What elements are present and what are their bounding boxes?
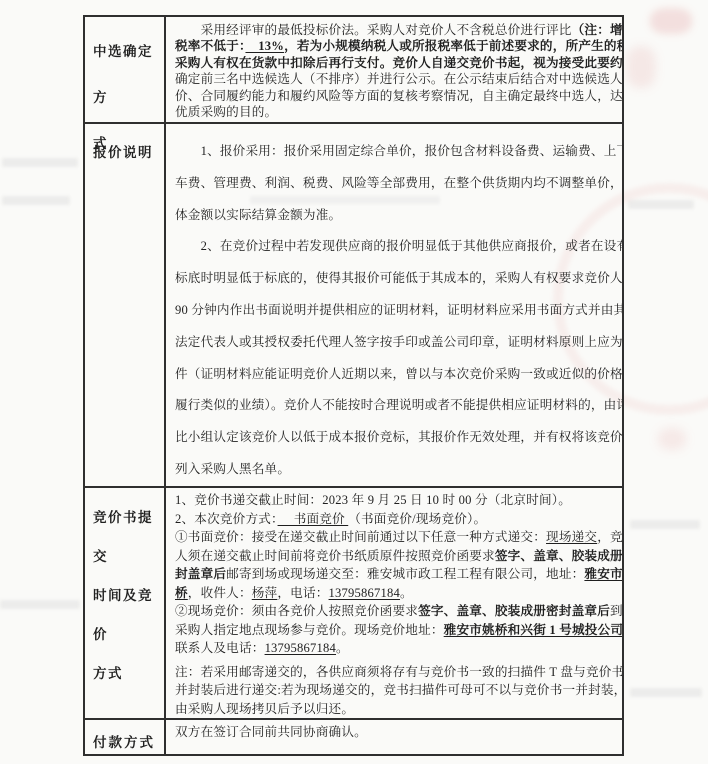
text-run: 桥 [175,586,188,600]
text-run: 并封装后进行递交:若为现场递交的，竞书扫描件可母可不以与竞价书一并封装， [175,683,622,697]
text-run: 杨萍 [252,586,278,600]
text-line: 采购人指定地点现场参与竞价。现场竞价地址：雅安市姚桥和兴街 1 号城投公司， [175,621,616,640]
paragraph: 1、报价采用：报价采用固定综合单价，报价包含材料设备费、运输费、上下车费、管理费… [175,136,616,486]
text-line: 采购人有权在货款中扣除后再行支付。竞价人自递交竞价书起，视为接受此要约）， [175,55,616,71]
text-run: 人须在递交截止时间前将竞价书纸质原件按照竞价函要求 [175,549,495,563]
text-line: 采用经评审的最低投标价法。采购人对竞价人不含税总价进行评比（注：增值税 [175,22,616,38]
row-header-line: 竞价书提交 [93,498,164,576]
text-run: 采购人有权在货款中扣除后再行支付。竞价人自递交竞价书起，视为接受此要约）， [175,56,622,70]
text-line: ②现场竞价：须由各竞价人按照竞价函要求签字、盖章、胶装成册密封盖章后到 [175,602,616,621]
text-run: 雅安市姚桥和兴街 1 号城投公司 [444,623,622,637]
text-line: 2、在竞价过程中若发现供应商的报价明显低于其他供应商报价，或者在设有 [175,231,616,263]
row-header-line: 中选确定方 [93,29,164,121]
row-header-line: 方式 [93,654,164,693]
text-line: 并封装后进行递交:若为现场递交的，竞书扫描件可母可不以与竞价书一并封装， [175,681,616,700]
row-header: 竞价书提交时间及竞价方式 [85,488,166,718]
text-line: 优质采购的目的。 [175,104,616,120]
stamp-ink-smudge [626,46,656,88]
text-run: 确定前三名中选候选人（不排序）并进行公示。在公示结束后结合对中选候选人报 [175,72,622,86]
row-header: 中选确定方式 [85,17,166,122]
text-run: 履行类似的业绩）。竞价人不能按时合理说明或者不能提供相应证明材料的，由评 [175,398,622,412]
text-run: 13795867184 [265,641,336,655]
text-run: ，竞价 [597,530,622,544]
table-row: 竞价书提交时间及竞价方式1、竞价书递交截止时间：2023 年 9 月 25 日 … [85,486,622,718]
row-header: 付款方式 [85,720,166,754]
text-line: 1、报价采用：报价采用固定综合单价，报价包含材料设备费、运输费、上下 [175,136,616,168]
page-bleed-through [628,200,694,209]
text-run: 2、本次竞价方式： [175,512,278,526]
text-run: 联系人及电话： [175,641,265,655]
page-bleed-through [2,158,78,167]
text-line: 比小组认定该竞价人以低于成本报价竞标，其报价作无效处理，并有权将该竞价人 [175,422,616,454]
text-run: 标底时明显低于标底的，使得其报价可能低于其成本的，采购人有权要求竞价人在 [175,271,622,285]
text-run: 由采购人现场拷贝后予以归还。 [175,702,354,716]
text-line: 确定前三名中选候选人（不排序）并进行公示。在公示结束后结合对中选候选人报 [175,71,616,87]
text-line: 车费、管理费、利润、税费、风险等全部费用，在整个供货期内均不调整单价，具 [175,168,616,200]
text-run: 双方在签订合同前共同协商确认。 [175,725,367,739]
text-line: 人须在递交截止时间前将竞价书纸质原件按照竞价函要求签字、盖章、胶装成册密 [175,547,616,566]
text-run: ，若为小规模纳税人或所报税率低于前述要求的，所产生的税差， [284,39,622,53]
text-run: 13795867184 [329,586,400,600]
text-run: ，收件人： [188,586,252,600]
page-bleed-through [2,196,70,205]
text-line: 2、本次竞价方式： 书面竞价 （书面竞价/现场竞价）。 [175,510,616,529]
text-line: 体金额以实际结算金额为准。 [175,200,616,232]
text-run: 列入采购人黑名单。 [175,462,290,476]
text-run: 书面竞价 [278,512,349,526]
text-run: 邮寄到场或现场递交至：雅安城市政工程工程有限公司，地址： [226,567,584,581]
text-line: 注：若采用邮寄递交的，各供应商须将存有与竞价书一致的扫描件 T 盘与竞价书一 [175,663,616,682]
text-line: 双方在签订合同前共同协商确认。 [175,724,616,741]
text-run: 封盖章后 [175,567,226,581]
row-content: 采用经评审的最低投标价法。采购人对竞价人不含税总价进行评比（注：增值税税率不低于… [166,17,622,122]
table-row: 报价说明 1、报价采用：报价采用固定综合单价，报价包含材料设备费、运输费、上下车… [85,122,622,486]
paragraph: 双方在签订合同前共同协商确认。 [175,724,616,741]
row-content: 1、竞价书递交截止时间：2023 年 9 月 25 日 10 时 00 分（北京… [166,488,622,718]
text-run: 1、报价采用：报价采用固定综合单价，报价包含材料设备费、运输费、上下 [175,144,622,158]
page-bleed-through [630,688,702,697]
text-run: 法定代表人或其授权委托代理人签字按手印或盖公司印章，证明材料原则上应为原 [175,335,622,349]
stamp-ink-smudge [658,428,686,450]
text-line: 标底时明显低于标底的，使得其报价可能低于其成本的，采购人有权要求竞价人在 [175,263,616,295]
text-run: 注：若采用邮寄递交的，各供应商须将存有与竞价书一致的扫描件 T 盘与竞价书一 [175,665,622,679]
text-run: 到 [610,604,622,618]
text-run: 1、竞价书递交截止时间：2023 年 9 月 25 日 10 时 00 分（北京… [175,493,571,507]
paragraph: 注：若采用邮寄递交的，各供应商须将存有与竞价书一致的扫描件 T 盘与竞价书一并封… [175,663,616,719]
page-bleed-through [0,600,80,609]
text-line: 90 分钟内作出书面说明并提供相应的证明材料，证明材料应采用书面方式并由其 [175,295,616,327]
text-run: 价、合同履约能力和履约风险等方面的复核考察情况，自主确定最终中选人，达到 [175,89,622,103]
paragraph: 采用经评审的最低投标价法。采购人对竞价人不含税总价进行评比（注：增值税税率不低于… [175,22,616,120]
text-run: ②现场竞价：须由各竞价人按照竞价函要求 [175,604,418,618]
text-run: 采购人指定地点现场参与竞价。现场竞价地址： [175,623,444,637]
text-run: 。 [400,586,413,600]
text-run: ，电话： [277,586,328,600]
text-line: 件（证明材料应能证明竞价人近期以来，曾以与本次竞价采购一致或近似的价格来 [175,359,616,391]
text-line: 1、竞价书递交截止时间：2023 年 9 月 25 日 10 时 00 分（北京… [175,491,616,510]
document-page: 中选确定方式 采用经评审的最低投标价法。采购人对竞价人不含税总价进行评比（注：增… [0,0,708,764]
text-line: 履行类似的业绩）。竞价人不能按时合理说明或者不能提供相应证明材料的，由评 [175,390,616,422]
page-bleed-through [630,520,700,529]
text-run: 优质采购的目的。 [175,105,277,119]
stamp-ink-smudge [650,8,692,34]
table-row: 中选确定方式 采用经评审的最低投标价法。采购人对竞价人不含税总价进行评比（注：增… [85,17,622,122]
text-run: 2、在竞价过程中若发现供应商的报价明显低于其他供应商报价，或者在设有 [175,239,622,253]
row-header-line: 时间及竞价 [93,576,164,654]
text-line: 列入采购人黑名单。 [175,454,616,486]
text-run: （书面竞价/现场竞价）。 [348,512,486,526]
text-line: 联系人及电话：13795867184。 [175,639,616,658]
row-content: 1、报价采用：报价采用固定综合单价，报价包含材料设备费、运输费、上下车费、管理费… [166,124,622,486]
text-line: ①书面竞价：接受在递交截止时间前通过以下任意一种方式递交：现场递交，竞价 [175,528,616,547]
row-header-line: 付款方式 [93,734,164,752]
text-run: 税率不低于： [175,39,245,53]
text-run: 现场递交 [546,530,597,544]
text-run: 90 分钟内作出书面说明并提供相应的证明材料，证明材料应采用书面方式并由其 [175,303,622,317]
text-run: ①书面竞价：接受在递交截止时间前通过以下任意一种方式递交： [175,530,546,544]
text-run: （注：增值税 [572,23,622,37]
text-run: 13% [245,39,284,53]
text-line: 税率不低于： 13%，若为小规模纳税人或所报税率低于前述要求的，所产生的税差， [175,38,616,54]
text-line: 封盖章后邮寄到场或现场递交至：雅安城市政工程工程有限公司，地址：雅安市姚 [175,565,616,584]
procurement-terms-table: 中选确定方式 采用经评审的最低投标价法。采购人对竞价人不含税总价进行评比（注：增… [83,15,624,756]
text-run: 比小组认定该竞价人以低于成本报价竞标，其报价作无效处理，并有权将该竞价人 [175,430,622,444]
text-run: 件（证明材料应能证明竞价人近期以来，曾以与本次竞价采购一致或近似的价格来 [175,367,622,381]
text-run: 体金额以实际结算金额为准。 [175,208,341,222]
text-run: 签字、盖章、胶装成册密封盖章后 [418,604,610,618]
text-line: 价、合同履约能力和履约风险等方面的复核考察情况，自主确定最终中选人，达到 [175,88,616,104]
text-run: 采用经评审的最低投标价法。采购人对竞价人不含税总价进行评比 [175,23,572,37]
text-line: 法定代表人或其授权委托代理人签字按手印或盖公司印章，证明材料原则上应为原 [175,327,616,359]
paragraph: 1、竞价书递交截止时间：2023 年 9 月 25 日 10 时 00 分（北京… [175,491,616,658]
row-header: 报价说明 [85,124,166,486]
text-line: 由采购人现场拷贝后予以归还。 [175,700,616,719]
text-run: 车费、管理费、利润、税费、风险等全部费用，在整个供货期内均不调整单价，具 [175,176,622,190]
table-row: 付款方式双方在签订合同前共同协商确认。 [85,718,622,754]
text-run: 签字、盖章、胶装成册密 [495,549,622,563]
text-run: 。 [336,641,349,655]
row-header-line: 报价说明 [93,144,164,162]
row-content: 双方在签订合同前共同协商确认。 [166,720,622,754]
text-line: 桥，收件人：杨萍，电话：13795867184。 [175,584,616,603]
text-run: 雅安市姚 [584,567,622,581]
